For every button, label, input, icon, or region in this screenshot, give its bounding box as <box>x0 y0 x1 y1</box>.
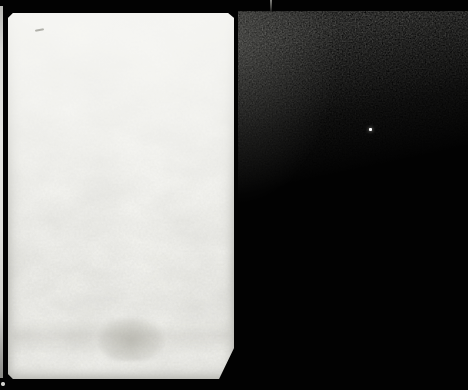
ink-bleed-smudge <box>98 317 164 361</box>
blank-book-page <box>8 13 234 379</box>
bottom-left-speck <box>1 382 5 386</box>
edge-light-haze <box>238 12 338 202</box>
dust-speck <box>369 128 372 131</box>
neighbor-page-edge-sliver <box>0 6 3 378</box>
book-scan-image <box>0 0 468 390</box>
top-scratch-artifact <box>270 0 272 11</box>
